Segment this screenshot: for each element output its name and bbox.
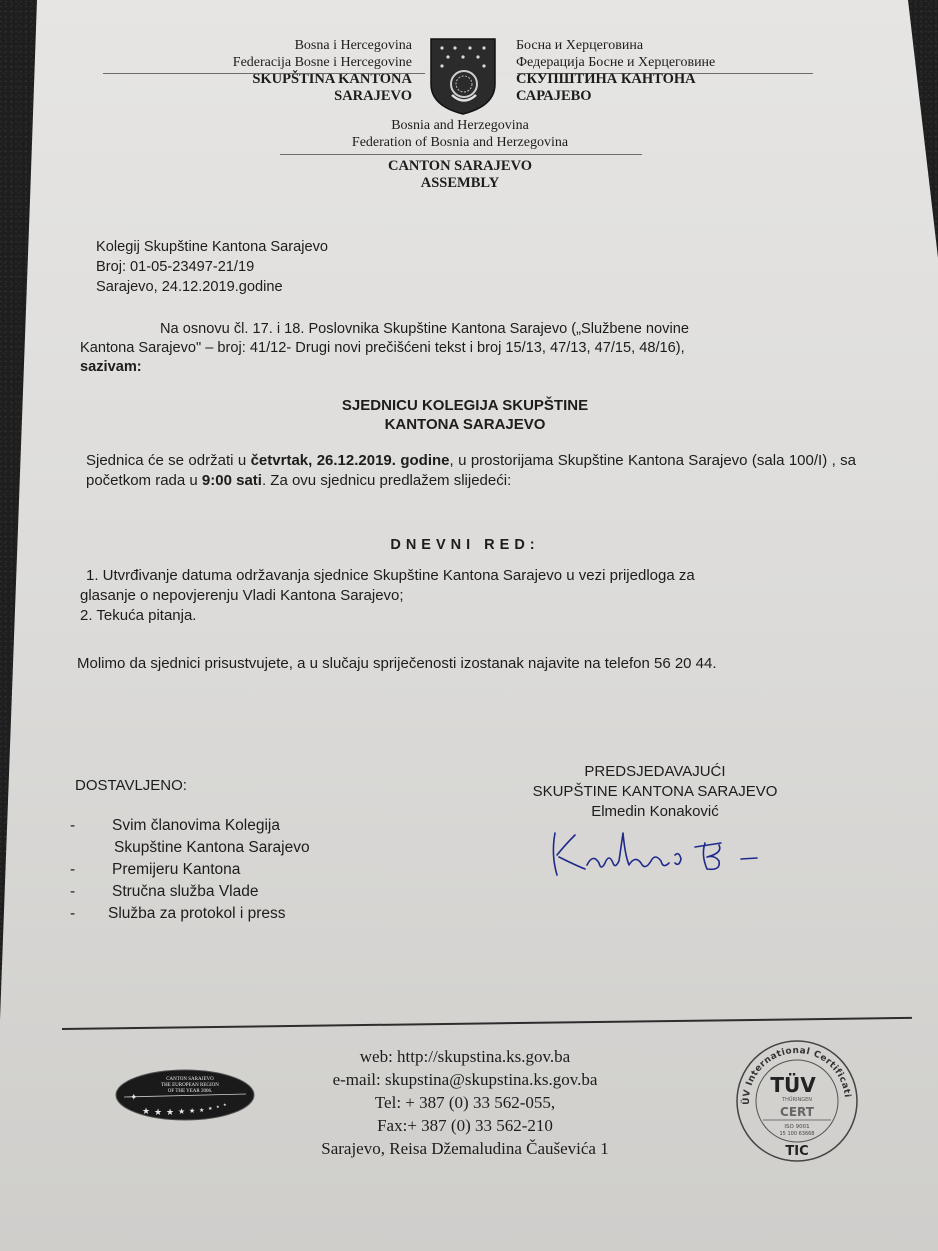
federation-name: Federacija Bosne i Hercegovine <box>180 54 412 71</box>
distribution-label: DOSTAVLJENO: <box>75 777 187 794</box>
recipient: Stručna služba Vlade <box>112 883 258 900</box>
city-name-cyrillic: САРАЈЕВО <box>516 88 816 105</box>
legal-basis-line-2: Kantona Sarajevo" – broj: 41/12- Drugi n… <box>80 339 850 358</box>
svg-text:THE EUROPEAN REGION: THE EUROPEAN REGION <box>161 1083 219 1088</box>
session-text-1: Sjednica će se održati u <box>86 452 251 469</box>
website-link[interactable]: web: http://skupstina.ks.gov.ba <box>260 1045 670 1068</box>
tuv-certification-seal-icon: TÜV International Certification TÜV THÜR… <box>733 1037 861 1165</box>
signatory-title: PREDSJEDAVAJUĆI <box>490 762 820 782</box>
legal-basis-line-1: Na osnovu čl. 17. i 18. Poslovnika Skupš… <box>80 320 850 339</box>
list-item: -Premijeru Kantona <box>66 859 310 881</box>
country-name: Bosna i Hercegovina <box>180 37 412 54</box>
bullet-dash: - <box>70 859 75 881</box>
agenda-item-1-continued: glasanje o nepovjerenju Vladi Kantona Sa… <box>80 586 860 606</box>
recipient: Svim članovima Kolegija <box>112 817 280 834</box>
recipient: Skupštine Kantona Sarajevo <box>114 839 310 856</box>
session-time: 9:00 sati <box>202 472 262 489</box>
title-line-2: KANTONA SARAJEVO <box>80 415 850 434</box>
telephone: Tel: + 387 (0) 33 562-055, <box>260 1091 670 1114</box>
svg-text:★: ★ <box>216 1104 220 1109</box>
bullet-dash: - <box>70 815 75 837</box>
recipient: Premijeru Kantona <box>112 861 240 878</box>
coat-of-arms-icon <box>428 36 498 116</box>
letterhead-english: Bosnia and Herzegovina Federation of Bos… <box>280 117 640 151</box>
document-title: SJEDNICU KOLEGIJA SKUPŠTINE KANTONA SARA… <box>80 396 850 434</box>
svg-text:★: ★ <box>178 1107 185 1116</box>
list-item: Skupštine Kantona Sarajevo <box>66 837 310 859</box>
list-item: -Stručna služba Vlade <box>66 881 310 903</box>
email-link[interactable]: e-mail: skupstina@skupstina.ks.gov.ba <box>260 1068 670 1091</box>
bullet-dash: - <box>70 881 75 903</box>
session-date: četvrtak, 26.12.2019. godine <box>251 452 450 469</box>
session-paragraph: Sjednica će se održati u četvrtak, 26.12… <box>86 451 856 491</box>
agenda-item-1: 1. Utvrđivanje datuma održavanja sjednic… <box>80 566 860 586</box>
svg-text:★: ★ <box>154 1108 162 1118</box>
list-item: -Služba za protokol i press <box>66 903 310 925</box>
svg-text:★: ★ <box>208 1106 213 1112</box>
svg-text:OF THE YEAR 2006.: OF THE YEAR 2006. <box>168 1089 212 1094</box>
svg-text:ISO 9001: ISO 9001 <box>784 1124 809 1130</box>
svg-text:★: ★ <box>166 1108 174 1118</box>
svg-text:★: ★ <box>189 1107 195 1115</box>
svg-text:★: ★ <box>223 1102 227 1107</box>
convene-word: sazivam: <box>80 358 850 377</box>
european-region-badge-icon: CANTON SARAJEVO THE EUROPEAN REGION OF T… <box>114 1068 256 1122</box>
list-item: -Svim članovima Kolegija <box>66 815 310 837</box>
letterhead-cyrillic: Босна и Херцеговина Федерација Босне и Х… <box>516 37 816 105</box>
country-name-cyrillic: Босна и Херцеговина <box>516 37 816 54</box>
title-line-1: SJEDNICU KOLEGIJA SKUPŠTINE <box>80 396 850 415</box>
signatory-block: PREDSJEDAVAJUĆI SKUPŠTINE KANTONA SARAJE… <box>490 762 820 822</box>
svg-text:✦: ✦ <box>130 1093 138 1103</box>
legal-basis-paragraph: Na osnovu čl. 17. i 18. Poslovnika Skupš… <box>80 320 850 377</box>
assembly-name-cyrillic: СКУПШТИНА КАНТОНА <box>516 71 816 88</box>
issuer: Kolegij Skupštine Kantona Sarajevo <box>96 237 328 257</box>
document-meta: Kolegij Skupštine Kantona Sarajevo Broj:… <box>96 237 328 297</box>
canton-name-english: CANTON SARAJEVO <box>280 158 640 175</box>
reference-number: Broj: 01-05-23497-21/19 <box>96 257 328 277</box>
city-name: SARAJEVO <box>180 88 412 105</box>
signatory-body: SKUPŠTINE KANTONA SARAJEVO <box>490 782 820 802</box>
closing-paragraph: Molimo da sjednici prisustvujete, a u sl… <box>77 655 877 672</box>
agenda-item-2: 2. Tekuća pitanja. <box>80 606 860 626</box>
agenda-list: 1. Utvrđivanje datuma održavanja sjednic… <box>80 566 860 626</box>
letterhead-english-bold: CANTON SARAJEVO ASSEMBLY <box>280 158 640 192</box>
federation-name-english: Federation of Bosnia and Herzegovina <box>280 134 640 151</box>
svg-text:★: ★ <box>142 1107 150 1117</box>
letterhead-rule-middle <box>280 154 642 155</box>
svg-text:15 100 63668: 15 100 63668 <box>780 1131 815 1137</box>
recipient: Služba za protokol i press <box>108 905 285 922</box>
svg-text:CERT: CERT <box>780 1105 815 1119</box>
address: Sarajevo, Reisa Džemaludina Čauševića 1 <box>260 1137 670 1160</box>
svg-text:THÜRINGEN: THÜRINGEN <box>781 1096 812 1103</box>
svg-text:TÜV: TÜV <box>770 1073 816 1097</box>
distribution-list: -Svim članovima Kolegija Skupštine Kanto… <box>66 815 310 925</box>
federation-name-cyrillic: Федерација Босне и Херцеговине <box>516 54 816 71</box>
agenda-title: DNEVNI RED: <box>80 537 850 553</box>
svg-text:CANTON SARAJEVO: CANTON SARAJEVO <box>166 1077 214 1082</box>
session-text-3: . Za ovu sjednicu predlažem slijedeći: <box>262 472 511 489</box>
letterhead-latin: Bosna i Hercegovina Federacija Bosne i H… <box>180 37 412 105</box>
contact-footer: web: http://skupstina.ks.gov.ba e-mail: … <box>260 1045 670 1160</box>
place-date: Sarajevo, 24.12.2019.godine <box>96 277 328 297</box>
bullet-dash: - <box>70 903 75 925</box>
svg-text:TIC: TIC <box>785 1144 808 1159</box>
svg-text:★: ★ <box>199 1107 204 1114</box>
signatory-name: Elmedin Konaković <box>490 802 820 822</box>
fax: Fax:+ 387 (0) 33 562-210 <box>260 1114 670 1137</box>
assembly-label-english: ASSEMBLY <box>280 175 640 192</box>
country-name-english: Bosnia and Herzegovina <box>280 117 640 134</box>
signature-icon <box>545 825 845 880</box>
